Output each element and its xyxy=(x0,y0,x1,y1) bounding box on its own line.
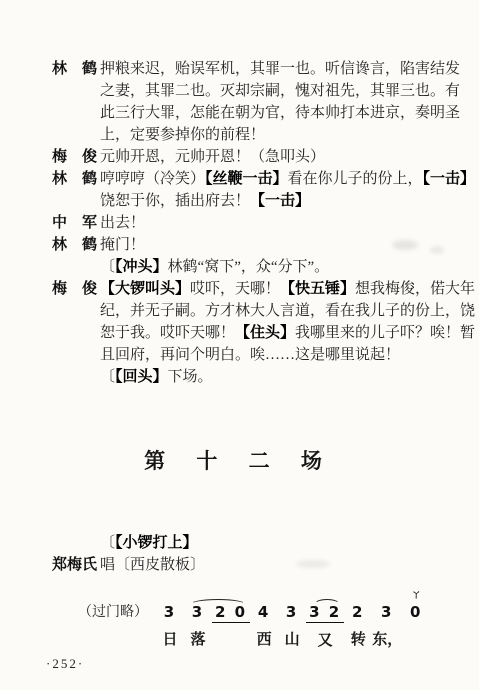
line-text: 且回府，再问个明白。唉……这是哪里说起！ xyxy=(100,344,435,366)
slur-arc xyxy=(314,599,341,610)
speaker-spacer xyxy=(52,102,100,124)
jianpu-note: 3 xyxy=(378,602,396,622)
speaker-name: 林 鹤 xyxy=(52,58,100,80)
percussion-cue: 【大锣叫头】 xyxy=(100,281,190,297)
line-text: 上，定要参掉你的前程！ xyxy=(100,124,435,146)
line-text: 元帅开恩，元帅开恩！（急叩头） xyxy=(100,146,435,168)
dialogue-text: 哼哼哼（冷笑） xyxy=(100,171,205,187)
dialogue-text: 之妻，其罪二也。灭却宗嗣，愧对祖先，其罪三也。有 xyxy=(100,83,460,99)
scan-smudge xyxy=(392,240,418,250)
speaker-name: 郑梅氏 xyxy=(52,554,100,576)
script-line-continuation: 〔【回头】下场。 xyxy=(52,366,435,388)
speaker-spacer xyxy=(52,366,100,388)
script-line-continuation: 此三行大罪，怎能在朝为官，待本帅打本进京，奏明圣 xyxy=(52,102,435,124)
jianpu-note-cell: 2转 xyxy=(344,590,372,652)
line-text: 纪，并无子嗣。方才林大人言道，看在我儿子的份上，饶 xyxy=(100,300,435,322)
speaker-spacer xyxy=(52,300,100,322)
speaker-spacer xyxy=(52,344,100,366)
speaker-spacer xyxy=(52,256,100,278)
line-text: 此三行大罪，怎能在朝为官，待本帅打本进京，奏明圣 xyxy=(100,102,435,124)
dialogue-text: 〔 xyxy=(100,535,115,551)
lyric-syllable: 东， xyxy=(372,629,402,651)
percussion-cue: 【一击】 xyxy=(250,193,310,209)
dialogue-text: 饶恕于你，插出府去！ xyxy=(100,193,250,209)
lyric-syllable: 又 xyxy=(318,630,333,652)
script-line: 林 鹤掩门！ xyxy=(52,234,435,256)
dialogue-text: 〔 xyxy=(100,259,115,275)
percussion-cue: 【回头】 xyxy=(115,369,168,385)
jianpu-note-cell: 4西 xyxy=(250,590,278,652)
jianpu-note-cell: ㄚ0 xyxy=(402,590,430,652)
script-line-continuation: 〔【冲头】林鹤“窝下”，众“分下”。 xyxy=(52,256,435,278)
speaker-name: 梅 俊 xyxy=(52,146,100,168)
lyric-syllable: 日 xyxy=(162,629,177,651)
line-text: 〔【冲头】林鹤“窝下”，众“分下”。 xyxy=(100,256,435,278)
dialogue-text: 且回府，再问个明白。唉……这是哪里说起！ xyxy=(100,347,400,363)
percussion-cue: 【丝鞭一击】 xyxy=(205,171,288,187)
speaker-spacer xyxy=(52,80,100,102)
dialogue-text: 〔 xyxy=(100,369,115,385)
dialogue-text: 我哪里来的儿子吓？唉！暂 xyxy=(295,325,475,341)
jianpu-note: 3 xyxy=(283,602,301,622)
dialogue-block: 林 鹤押粮来迟，贻误军机，其罪一也。听信谗言，陷害结发之妻，其罪二也。灭却宗嗣，… xyxy=(0,0,479,388)
speaker-name: 中 军 xyxy=(52,212,100,234)
script-line-continuation: 纪，并无子嗣。方才林大人言道，看在我儿子的份上，饶 xyxy=(52,300,435,322)
line-text: 哼哼哼（冷笑）【丝鞭一击】看在你儿子的份上，【一击】 xyxy=(100,168,435,190)
dialogue-text: 想我梅俊，偌大年 xyxy=(355,281,475,297)
script-line-continuation: 且回府，再问个明白。唉……这是哪里说起！ xyxy=(52,344,435,366)
script-line: 林 鹤哼哼哼（冷笑）【丝鞭一击】看在你儿子的份上，【一击】 xyxy=(52,168,435,190)
percussion-cue: 【冲头】 xyxy=(115,259,168,275)
scan-smudge xyxy=(296,560,330,568)
script-line-continuation: 饶恕于你，插出府去！【一击】 xyxy=(52,190,435,212)
percussion-cue: 【一击】 xyxy=(423,171,476,187)
script-line: 梅 俊元帅开恩，元帅开恩！（急叩头） xyxy=(52,146,435,168)
script-line-continuation: 上，定要参掉你的前程！ xyxy=(52,124,435,146)
jianpu-note: 4 xyxy=(255,602,273,622)
music-intro-note: （过门略） xyxy=(78,602,148,624)
scene-title: 第 十 二 场 xyxy=(0,446,479,476)
book-page: 林 鹤押粮来迟，贻误军机，其罪一也。听信谗言，陷害结发之妻，其罪二也。灭却宗嗣，… xyxy=(0,0,479,690)
jianpu-note: 3 xyxy=(161,602,179,622)
speaker-spacer xyxy=(52,124,100,146)
line-text: 饶恕于你，插出府去！【一击】 xyxy=(100,190,435,212)
jianpu-note-cell: 3日 xyxy=(156,590,184,652)
script-line-continuation: 恕于我。哎吓天哪！【住头】我哪里来的儿子吓？唉！暂 xyxy=(52,322,435,344)
scan-smudge xyxy=(430,246,444,254)
line-text: 掩门！ xyxy=(100,234,435,256)
page-number: ·252· xyxy=(46,656,479,672)
lyric-syllable: 落 xyxy=(190,629,205,651)
line-text: 〔【小锣打上】 xyxy=(100,532,435,554)
line-text: 之妻，其罪二也。灭却宗嗣，愧对祖先，其罪三也。有 xyxy=(100,80,435,102)
line-text: 〔【回头】下场。 xyxy=(100,366,435,388)
line-text: 唱〔西皮散板〕 xyxy=(100,554,435,576)
percussion-cue: 【小锣打上】 xyxy=(115,535,198,551)
dialogue-text: 哎吓，天哪！ xyxy=(190,281,280,297)
jianpu-note: 2 xyxy=(349,602,367,622)
dialogue-text: 上，定要参掉你的前程！ xyxy=(100,127,265,143)
speaker-spacer xyxy=(52,190,100,212)
dialogue-text: 唱〔西皮散板〕 xyxy=(100,557,205,573)
script-line-continuation: 〔【小锣打上】 xyxy=(52,532,435,554)
jianpu-note-cell: 3山 xyxy=(278,590,306,652)
script-line: 梅 俊【大锣叫头】哎吓，天哪！【快五锤】想我梅俊，偌大年 xyxy=(52,278,435,300)
speaker-spacer xyxy=(52,532,100,554)
jianpu-staff: 3日3落2 04西3山3 2又2转3东，ㄚ0 xyxy=(156,590,430,652)
dialogue-text: 看在你儿子的份上， xyxy=(288,171,423,187)
dialogue-text: 纪，并无子嗣。方才林大人言道，看在我儿子的份上，饶 xyxy=(100,303,475,319)
dialogue-text: 押粮来迟，贻误军机，其罪一也。听信谗言，陷害结发 xyxy=(100,61,460,77)
script-line: 林 鹤押粮来迟，贻误军机，其罪一也。听信谗言，陷害结发 xyxy=(52,58,435,80)
dialogue-text: 下场。 xyxy=(168,369,213,385)
line-text: 恕于我。哎吓天哪！【住头】我哪里来的儿子吓？唉！暂 xyxy=(100,322,435,344)
dialogue-text: 元帅开恩，元帅开恩！（急叩头） xyxy=(100,149,325,165)
jianpu-note-cell: 3东， xyxy=(372,590,402,652)
dialogue-text: 出去！ xyxy=(100,215,145,231)
script-line-continuation: 之妻，其罪二也。灭却宗嗣，愧对祖先，其罪三也。有 xyxy=(52,80,435,102)
beat-mark: ㄚ xyxy=(411,590,421,602)
percussion-cue: 【快五锤】 xyxy=(280,281,355,297)
script-line: 中 军出去！ xyxy=(52,212,435,234)
line-text: 出去！ xyxy=(100,212,435,234)
lyric-syllable: 山 xyxy=(285,629,300,651)
dialogue-text: 恕于我。哎吓天哪！ xyxy=(100,325,235,341)
speaker-spacer xyxy=(52,322,100,344)
jianpu-note: 0 xyxy=(407,602,425,622)
script-line: 郑梅氏唱〔西皮散板〕 xyxy=(52,554,435,576)
slur-arc xyxy=(190,599,247,610)
lyric-syllable: 转 xyxy=(351,629,366,651)
dialogue-text: 此三行大罪，怎能在朝为官，待本帅打本进京，奏明圣 xyxy=(100,105,460,121)
dialogue-text: 林鹤“窝下”，众“分下”。 xyxy=(168,259,330,275)
music-notation: （过门略） 3日3落2 04西3山3 2又2转3东，ㄚ0 xyxy=(78,590,479,652)
scene-opening-block: 〔【小锣打上】郑梅氏唱〔西皮散板〕 xyxy=(0,532,479,576)
dialogue-text: 掩门！ xyxy=(100,237,145,253)
lyric-syllable: 西 xyxy=(257,629,272,651)
line-text: 押粮来迟，贻误军机，其罪一也。听信谗言，陷害结发 xyxy=(100,58,435,80)
speaker-name: 林 鹤 xyxy=(52,234,100,256)
speaker-name: 梅 俊 xyxy=(52,278,100,300)
line-text: 【大锣叫头】哎吓，天哪！【快五锤】想我梅俊，偌大年 xyxy=(100,278,435,300)
speaker-name: 林 鹤 xyxy=(52,168,100,190)
percussion-cue: 【住头】 xyxy=(235,325,295,341)
